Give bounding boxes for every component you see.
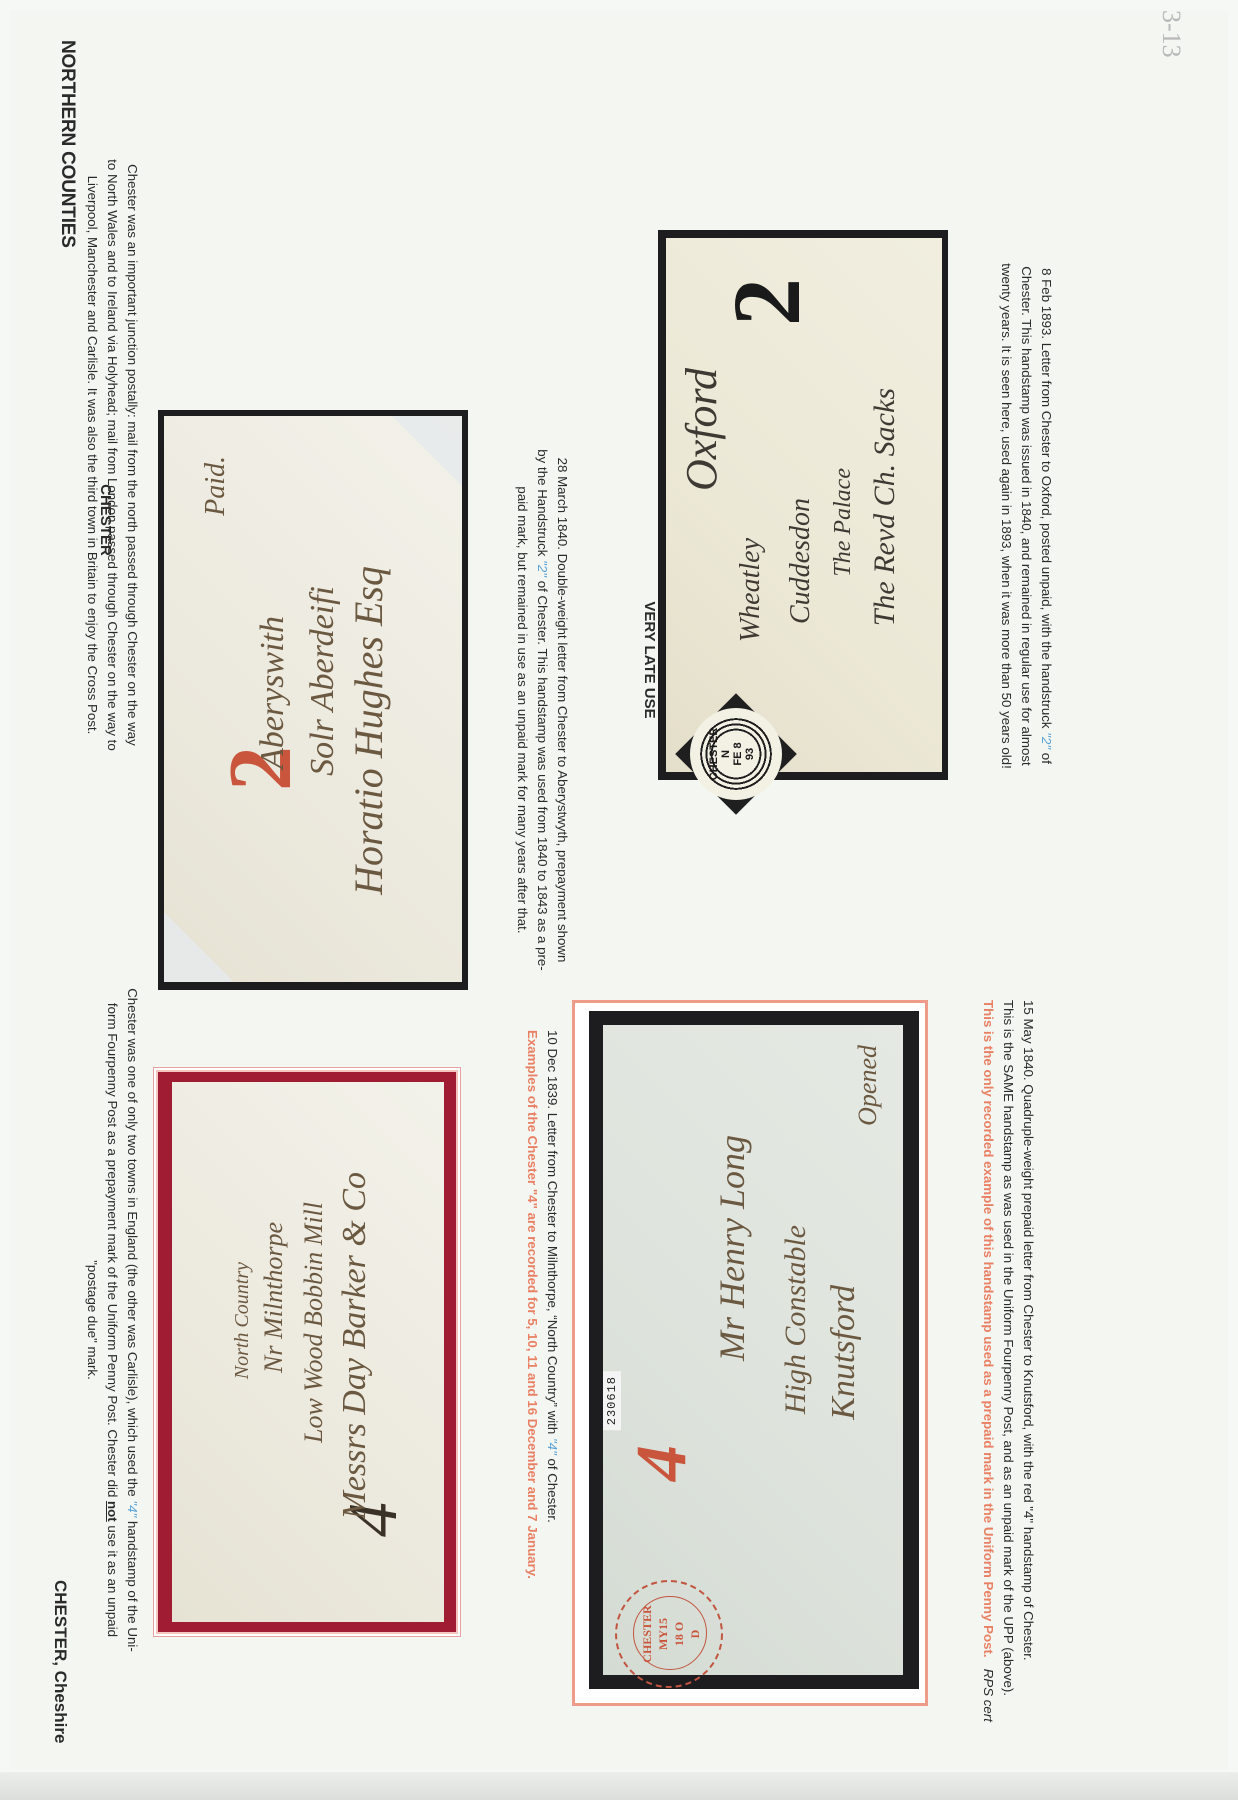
cover-aberystwyth-letter: 2 Horatio Hughes Esq Solr Aberdeifi Aber… (164, 416, 462, 982)
upp-line-3: "postage due" mark. (83, 960, 103, 1680)
region-heading: NORTHERN COUNTIES (56, 40, 78, 248)
upp-line-2: form Fourpenny Post as a prepayment mark… (102, 960, 122, 1680)
caption-aberystwyth: 28 March 1840. Double-weight letter from… (513, 410, 572, 1010)
address-line: Low Wood Bobbin Mill (299, 1202, 329, 1443)
intro-line-2: to North Wales and to Ireland via Holyhe… (102, 95, 122, 815)
address-line: Messrs Day Barker & Co (336, 1172, 374, 1520)
address-line: North Country (231, 1262, 254, 1379)
rotated-exhibit-page: NORTHERN COUNTIES CHESTER, Cheshire CHES… (0, 0, 1238, 1800)
cover-knutsford-outer: CHESTER MY15 18 O D 4 Mr Henry Long High… (572, 1000, 928, 1706)
handstamp-2-black: 2 (711, 278, 822, 326)
address-line: Aberyswith (254, 616, 292, 769)
address-line: The Revd Ch. Sacks (868, 388, 902, 626)
cover-milnthorpe-mount: 4 Messrs Day Barker & Co Low Wood Bobbin… (156, 1070, 458, 1634)
county-heading: CHESTER, Cheshire (50, 1580, 70, 1743)
duplex-postmark: CHESTER N FE 8 93 (690, 708, 782, 800)
manuscript-opened: Opened (853, 1045, 883, 1126)
upp-line-1: Chester was one of only two towns in Eng… (122, 960, 142, 1680)
address-line: Nr Milnthorpe (259, 1222, 289, 1373)
address-line: High Constable (779, 1225, 813, 1414)
mount-corner (392, 416, 462, 486)
address-line: Mr Henry Long (711, 1135, 753, 1361)
emphasis-not: not (105, 1501, 120, 1522)
intro-line-1: Chester was an important junction postal… (122, 95, 142, 815)
chester-postmark: CHESTER MY15 18 O D (613, 1580, 723, 1690)
address-line: The Palace (830, 468, 857, 577)
manuscript-paid: Paid. (200, 456, 232, 516)
handstamp-4-red: 4 (620, 1445, 703, 1481)
cover-oxford-mount: 2 CHESTER N FE 8 93 The Revd Ch. Sacks T… (658, 230, 948, 780)
chester-intro: Chester was an important junction postal… (83, 95, 142, 815)
caption-milnthorpe: 10 Dec 1839. Letter from Chester to Miln… (522, 1030, 562, 1730)
upp-intro: Chester was one of only two towns in Eng… (83, 960, 142, 1680)
cover-milnthorpe-letter: 4 Messrs Day Barker & Co Low Wood Bobbin… (172, 1082, 444, 1622)
address-line: Solr Aberdeifi (304, 586, 342, 776)
caption-oxford: 8 Feb 1893. Letter from Chester to Oxfor… (997, 236, 1056, 796)
very-late-use-heading: VERY LATE USE (641, 560, 658, 760)
intro-line-3: Liverpool, Manchester and Carlisle. It w… (83, 95, 103, 815)
address-line: Oxford (676, 368, 727, 491)
inventory-label: 230618 (603, 1371, 621, 1430)
cover-knutsford-mount: CHESTER MY15 18 O D 4 Mr Henry Long High… (589, 1011, 919, 1689)
address-line: Knutsford (825, 1285, 863, 1420)
caption-knutsford: 15 May 1840. Quadruple-weight prepaid le… (979, 1000, 1038, 1760)
highlight-4: "4" (125, 1500, 140, 1517)
address-line: Wheatley (735, 538, 767, 642)
rps-cert: RPS cert (981, 1669, 996, 1722)
address-line: Horatio Hughes Esq (345, 566, 392, 895)
mount-corner (164, 912, 234, 982)
cover-knutsford-letter: CHESTER MY15 18 O D 4 Mr Henry Long High… (603, 1025, 903, 1675)
address-line: Cuddesdon (785, 498, 817, 624)
cover-aberystwyth-mount: 2 Horatio Hughes Esq Solr Aberdeifi Aber… (158, 410, 468, 990)
cover-oxford-letter: 2 CHESTER N FE 8 93 The Revd Ch. Sacks T… (666, 238, 942, 772)
